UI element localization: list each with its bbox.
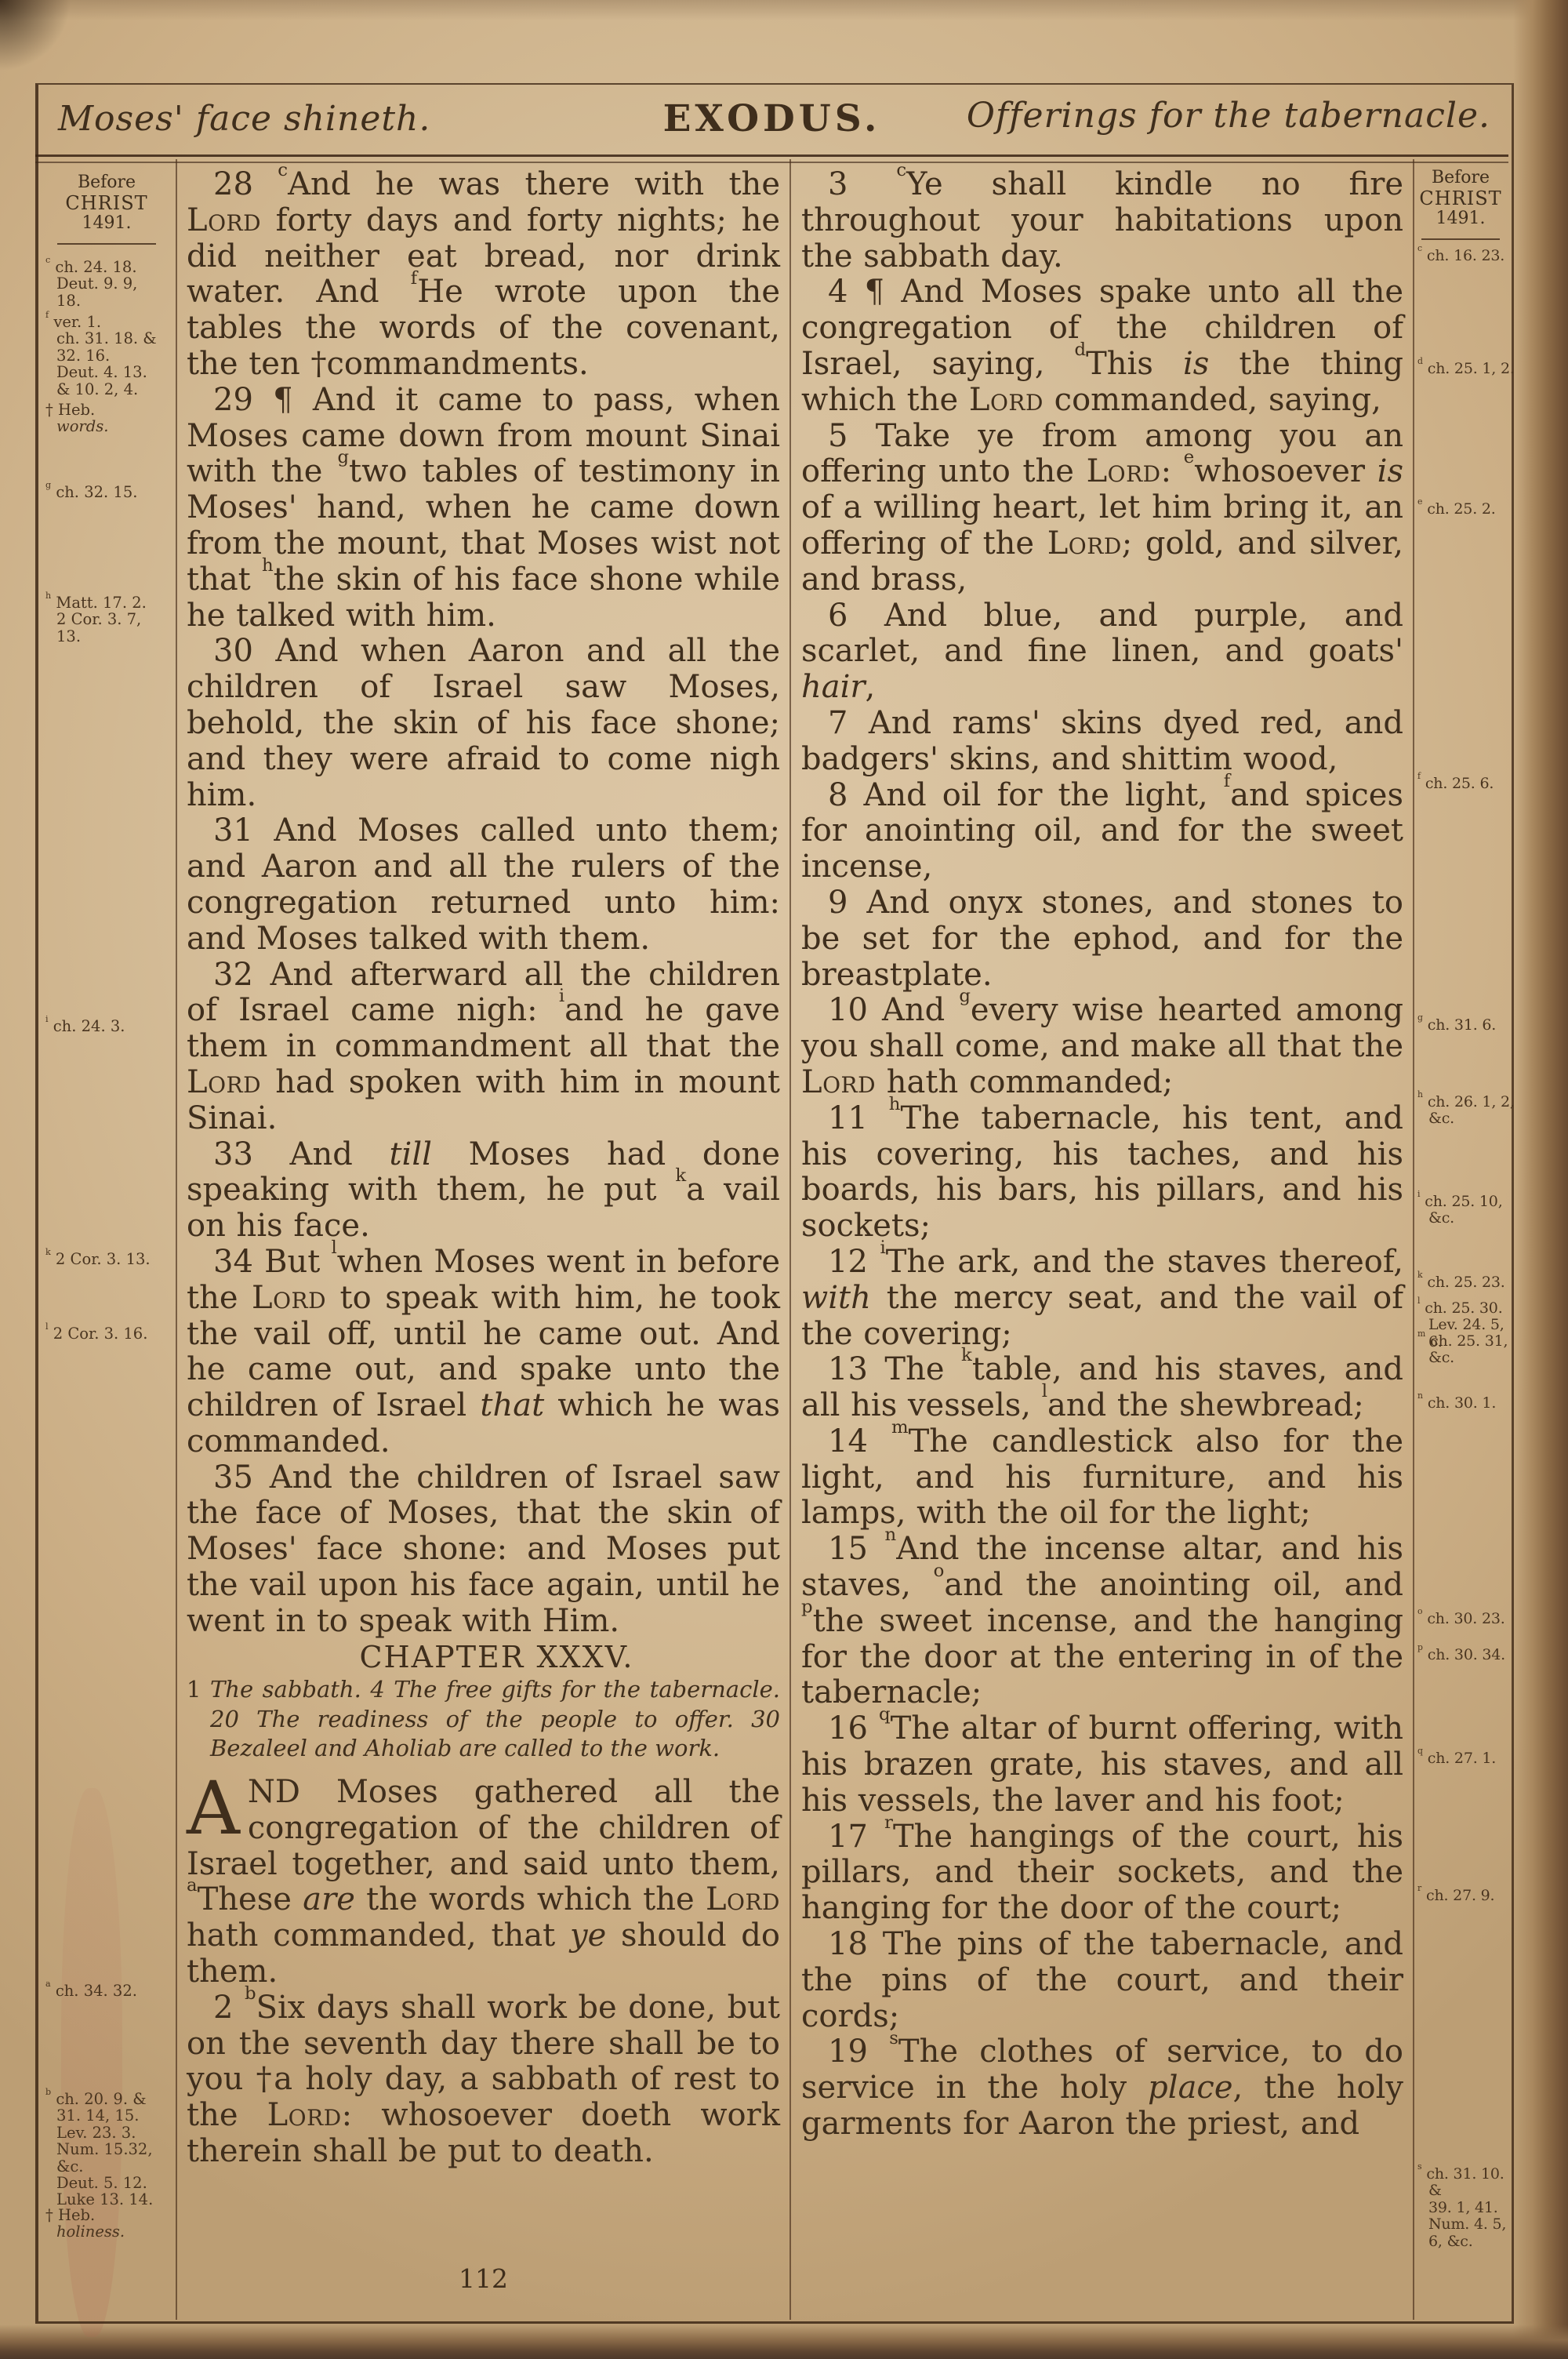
- divider: [1421, 238, 1500, 240]
- verse: 31 And Moses called unto them; and Aaron…: [187, 813, 780, 957]
- margin-ref: g ch. 32. 15.: [45, 484, 183, 500]
- margin-ref: h ch. 26. 1, 2,&c.: [1417, 1094, 1516, 1128]
- margin-ref: n ch. 30. 1.: [1417, 1395, 1516, 1412]
- before-christ-line: 1491.: [1414, 209, 1507, 229]
- margin-ref: l 2 Cor. 3. 16.: [45, 1325, 183, 1342]
- before-christ-line: Before: [1414, 168, 1507, 188]
- verse: 9 And onyx stones, and stones to be set …: [801, 885, 1403, 993]
- verse: 14 mThe candlestick also for the light, …: [801, 1424, 1403, 1532]
- verse: 17 rThe hangings of the court, his pilla…: [801, 1819, 1403, 1927]
- divider: [57, 243, 156, 245]
- verse: 33 And till Moses had done speaking with…: [187, 1137, 780, 1245]
- margin-ref: c ch. 24. 18.Deut. 9. 9,18.: [45, 259, 183, 309]
- column-divider-right: [1413, 159, 1414, 2320]
- verse: 3 cYe shall kindle no fire throughout yo…: [801, 167, 1403, 274]
- text-column-1: 28 cAnd he was there with the Lord forty…: [187, 167, 780, 2170]
- margin-ref: k ch. 25. 23.: [1417, 1274, 1516, 1291]
- verse: 15 nAnd the incense altar, and his stave…: [801, 1532, 1403, 1711]
- verse: 30 And when Aaron and all the children o…: [187, 634, 780, 813]
- verse: 29 ¶ And it came to pass, when Moses cam…: [187, 383, 780, 634]
- margin-ref: † Heb.words.: [45, 402, 183, 435]
- before-christ-left: Before CHRIST 1491.: [39, 173, 174, 245]
- verse: 16 qThe altar of burnt offering, with hi…: [801, 1711, 1403, 1819]
- chapter-heading: CHAPTER XXXV.: [187, 1640, 780, 1676]
- margin-ref: h Matt. 17. 2.2 Cor. 3. 7,13.: [45, 594, 183, 645]
- verse: 28 cAnd he was there with the Lord forty…: [187, 167, 780, 383]
- verse: 12 iThe ark, and the staves thereof, wit…: [801, 1245, 1403, 1352]
- margin-ref: c ch. 16. 23.: [1417, 248, 1516, 264]
- verse: 11 hThe tabernacle, his tent, and his co…: [801, 1101, 1403, 1245]
- margin-ref: i ch. 25. 10,&c.: [1417, 1194, 1516, 1227]
- chapter-intro: 1 The sabbath. 4 The free gifts for the …: [187, 1675, 780, 1764]
- margin-ref: i ch. 24. 3.: [45, 1018, 183, 1034]
- verse: 5 Take ye from among you an offering unt…: [801, 419, 1403, 598]
- verse: 19 sThe clothes of service, to do servic…: [801, 2034, 1403, 2142]
- margin-ref: k 2 Cor. 3. 13.: [45, 1251, 183, 1267]
- verse: 32 And afterward all the children of Isr…: [187, 958, 780, 1137]
- verse: 18 The pins of the tabernacle, and the p…: [801, 1927, 1403, 2034]
- before-christ-right: Before CHRIST 1491.: [1414, 168, 1507, 240]
- page-edge-bottom: [0, 2324, 1568, 2359]
- verse-text: ND Moses gathered all the congregation o…: [187, 1774, 780, 1990]
- margin-ref: o ch. 30. 23.: [1417, 1611, 1516, 1627]
- text-column-2: 3 cYe shall kindle no fire throughout yo…: [801, 167, 1403, 2143]
- verse: 2 bSix days shall work be done, but on t…: [187, 1990, 780, 2170]
- page-edge-right: [1513, 0, 1568, 2359]
- verse: 34 But lwhen Moses went in before the Lo…: [187, 1245, 780, 1460]
- drop-cap: A: [187, 1775, 248, 1839]
- margin-ref: e ch. 25. 2.: [1417, 501, 1516, 518]
- column-divider-center: [789, 159, 791, 2320]
- before-christ-line: Before: [39, 173, 174, 193]
- margin-ref: † Heb.holiness.: [45, 2207, 183, 2241]
- verse: 6 And blue, and purple, and scarlet, and…: [801, 598, 1403, 706]
- running-head-right: Offerings for the tabernacle.: [35, 96, 1490, 136]
- verse: AND Moses gathered all the congregation …: [187, 1775, 780, 1990]
- margin-ref: f ch. 25. 6.: [1417, 776, 1516, 792]
- verse: 8 And oil for the light, fand spices for…: [801, 778, 1403, 885]
- margin-ref: q ch. 27. 1.: [1417, 1750, 1516, 1767]
- margin-ref: d ch. 25. 1, 2.: [1417, 361, 1516, 377]
- scanned-bible-page: Moses' face shineth. EXODUS. Offerings f…: [0, 0, 1568, 2359]
- margin-ref: m ch. 25. 31,&c.: [1417, 1333, 1516, 1367]
- header-rule: [35, 154, 1508, 163]
- margin-ref: g ch. 31. 6.: [1417, 1017, 1516, 1034]
- margin-ref: f ver. 1.ch. 31. 18. &32. 16.Deut. 4. 13…: [45, 314, 183, 398]
- verse: 4 ¶ And Moses spake unto all the congreg…: [801, 274, 1403, 418]
- page-number: 112: [187, 2263, 780, 2294]
- margin-ref: r ch. 27. 9.: [1417, 1888, 1516, 1904]
- verse: 7 And rams' skins dyed red, and badgers'…: [801, 706, 1403, 778]
- margin-ref: p ch. 30. 34.: [1417, 1647, 1516, 1663]
- margin-ref: a ch. 34. 32.: [45, 1983, 183, 1999]
- verse: 10 And gevery wise hearted among you sha…: [801, 993, 1403, 1100]
- before-christ-line: 1491.: [39, 213, 174, 234]
- before-christ-line: CHRIST: [39, 193, 174, 213]
- verse: 35 And the children of Israel saw the fa…: [187, 1460, 780, 1640]
- verse: 13 The ktable, and his staves, and all h…: [801, 1352, 1403, 1424]
- before-christ-line: CHRIST: [1414, 188, 1507, 209]
- margin-ref: b ch. 20. 9. &31. 14, 15.Lev. 23. 3.Num.…: [45, 2091, 183, 2208]
- margin-ref: s ch. 31. 10. &39. 1, 41.Num. 4. 5,6, &c…: [1417, 2166, 1516, 2250]
